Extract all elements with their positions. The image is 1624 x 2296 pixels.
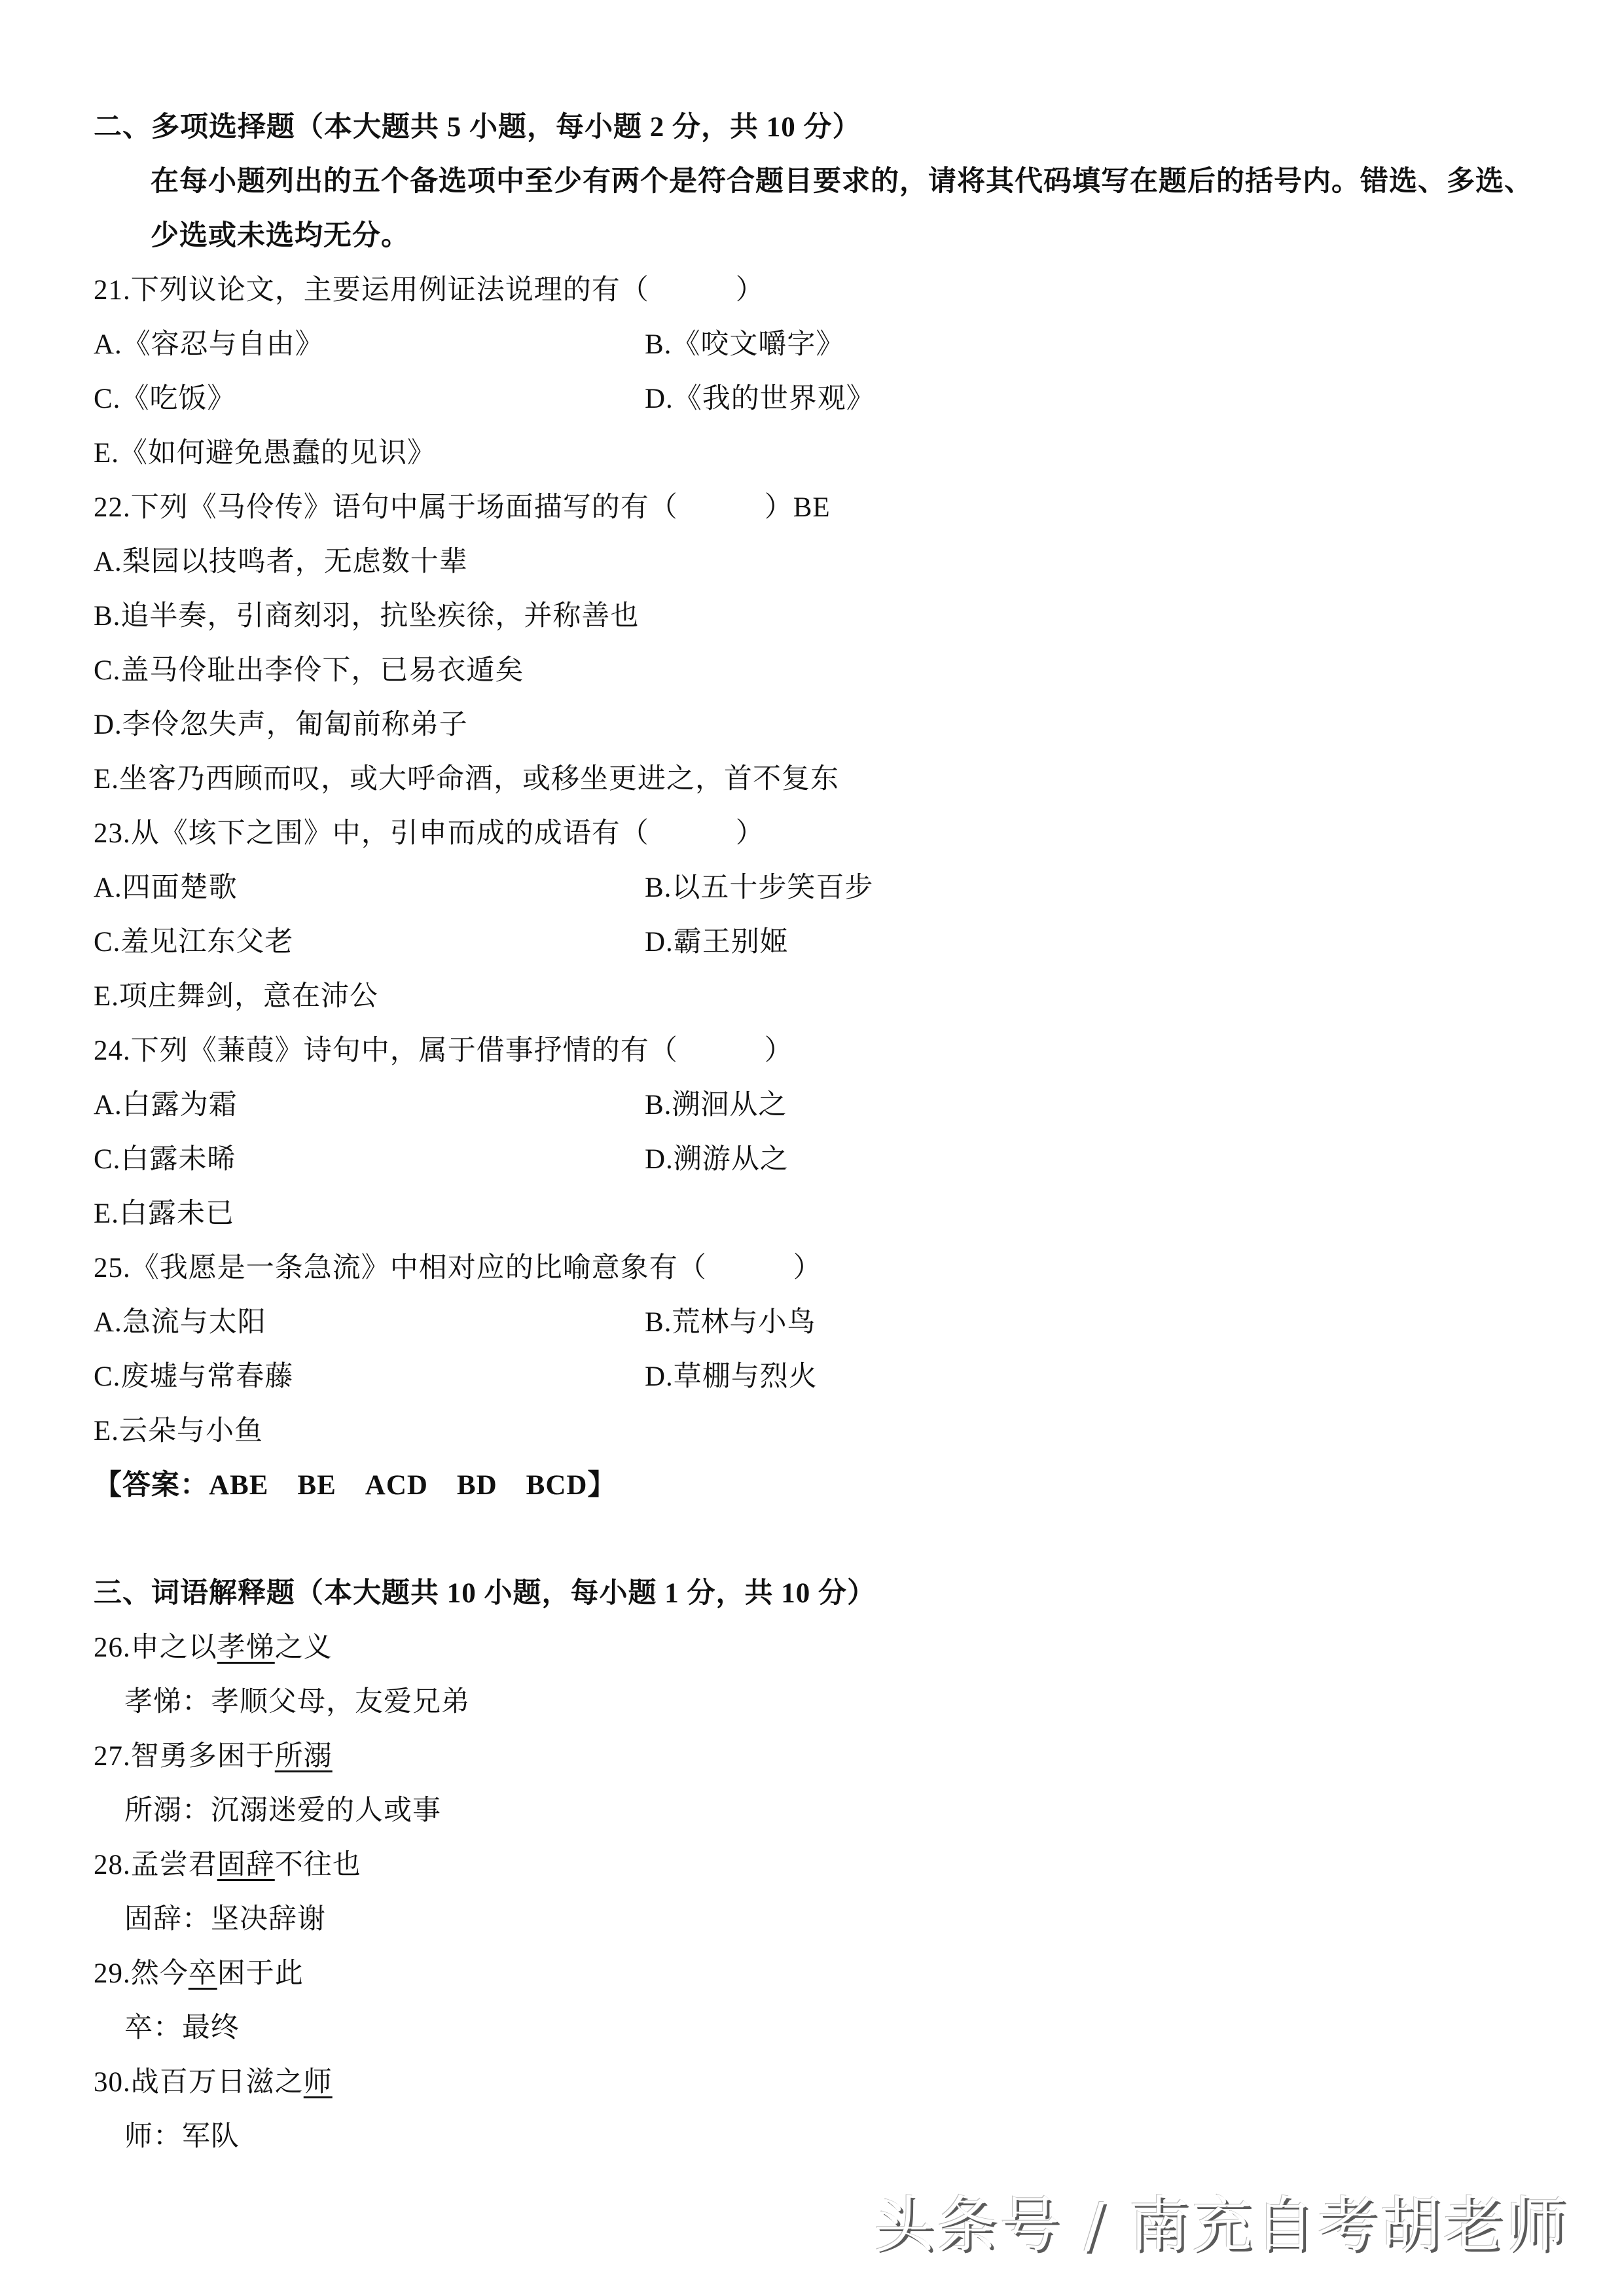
sentence-text: 30.战百万日滋之 bbox=[94, 2067, 304, 2098]
question-23-option-b: B.以五十步笑百步 bbox=[645, 869, 873, 908]
question-22-option-e: E.坐客乃西顾而叹，或大呼命酒，或移坐更进之，首不复东 bbox=[94, 760, 839, 799]
question-21-option-d: D.《我的世界观》 bbox=[645, 380, 875, 419]
section2-title: 二、多项选择题（本大题共 5 小题，每小题 2 分，共 10 分） bbox=[94, 108, 861, 147]
question-24-stem: 24.下列《蒹葭》诗句中，属于借事抒情的有（ ） bbox=[94, 1031, 793, 1071]
question-25-option-a: A.急流与太阳 bbox=[94, 1303, 266, 1342]
sentence-text: 27.智勇多困于 bbox=[94, 1741, 275, 1772]
question-24-option-e: E.白露未已 bbox=[94, 1194, 234, 1234]
vocab-30-sentence: 30.战百万日滋之师 bbox=[94, 2063, 333, 2102]
vocab-28-definition: 固辞：坚决辞谢 bbox=[124, 1900, 326, 1939]
question-25-option-e: E.云朵与小鱼 bbox=[94, 1412, 263, 1451]
question-21-option-a: A.《容忍与自由》 bbox=[94, 325, 324, 365]
sentence-text: 不往也 bbox=[275, 1850, 361, 1880]
sentence-text: 28.孟尝君 bbox=[94, 1850, 217, 1880]
sentence-text: 29.然今 bbox=[94, 1958, 189, 1989]
vocab-27-sentence: 27.智勇多困于所溺 bbox=[94, 1737, 333, 1776]
question-25-stem: 25.《我愿是一条急流》中相对应的比喻意象有（ ） bbox=[94, 1249, 822, 1288]
question-24-option-d: D.溯游从之 bbox=[645, 1140, 789, 1179]
sentence-text: 困于此 bbox=[217, 1958, 304, 1989]
vocab-27-definition: 所溺：沉溺迷爱的人或事 bbox=[124, 1791, 441, 1831]
exam-page: 二、多项选择题（本大题共 5 小题，每小题 2 分，共 10 分） 在每小题列出… bbox=[0, 0, 1624, 2296]
question-22-stem: 22.下列《马伶传》语句中属于场面描写的有（ ）BE bbox=[94, 488, 831, 528]
question-22-option-d: D.李伶忽失声，匍匐前称弟子 bbox=[94, 706, 468, 745]
question-25-option-c: C.废墟与常春藤 bbox=[94, 1357, 293, 1397]
question-22-option-a: A.梨园以技鸣者，无虑数十辈 bbox=[94, 543, 468, 582]
underlined-term: 卒 bbox=[189, 1958, 217, 1989]
vocab-30-definition: 师：军队 bbox=[124, 2117, 240, 2157]
section2-instruction-line1: 在每小题列出的五个备选项中至少有两个是符合题目要求的，请将其代码填写在题后的括号… bbox=[151, 162, 1533, 202]
section3-title: 三、词语解释题（本大题共 10 小题，每小题 1 分，共 10 分） bbox=[94, 1574, 876, 1613]
question-25-option-d: D.草棚与烈火 bbox=[645, 1357, 818, 1397]
vocab-28-sentence: 28.孟尝君固辞不往也 bbox=[94, 1846, 361, 1885]
watermark: 头条号 / 南充自考胡老师 bbox=[874, 2189, 1569, 2261]
section2-instruction-line2: 少选或未选均无分。 bbox=[151, 217, 410, 256]
underlined-term: 师 bbox=[304, 2067, 333, 2098]
question-25-option-b: B.荒林与小鸟 bbox=[645, 1303, 816, 1342]
underlined-term: 孝悌 bbox=[217, 1632, 275, 1663]
question-24-option-a: A.白露为霜 bbox=[94, 1086, 238, 1125]
question-21-option-b: B.《咬文嚼字》 bbox=[645, 325, 844, 365]
vocab-26-sentence: 26.申之以孝悌之义 bbox=[94, 1628, 333, 1668]
question-23-option-d: D.霸王别姬 bbox=[645, 923, 789, 962]
underlined-term: 所溺 bbox=[275, 1741, 333, 1772]
question-23-option-a: A.四面楚歌 bbox=[94, 869, 238, 908]
question-21-stem: 21.下列议论文，主要运用例证法说理的有（ ） bbox=[94, 271, 765, 310]
question-24-option-c: C.白露未晞 bbox=[94, 1140, 236, 1179]
question-23-option-e: E.项庄舞剑，意在沛公 bbox=[94, 977, 378, 1016]
question-23-stem: 23.从《垓下之围》中，引申而成的成语有（ ） bbox=[94, 814, 765, 853]
sentence-text: 26.申之以 bbox=[94, 1632, 217, 1663]
underlined-term: 固辞 bbox=[217, 1850, 275, 1880]
vocab-29-definition: 卒：最终 bbox=[124, 2009, 240, 2048]
question-24-option-b: B.溯洄从之 bbox=[645, 1086, 787, 1125]
question-21-option-e: E.《如何避免愚蠢的见识》 bbox=[94, 434, 436, 473]
question-22-option-c: C.盖马伶耻出李伶下，已易衣遁矣 bbox=[94, 651, 524, 691]
question-21-option-c: C.《吃饭》 bbox=[94, 380, 236, 419]
sentence-text: 之义 bbox=[275, 1632, 333, 1663]
vocab-29-sentence: 29.然今卒困于此 bbox=[94, 1954, 304, 1994]
section2-answer-key: 【答案：ABE BE ACD BD BCD】 bbox=[94, 1466, 616, 1505]
vocab-26-definition: 孝悌：孝顺父母，友爱兄弟 bbox=[124, 1683, 470, 1722]
question-22-option-b: B.追半奏，引商刻羽，抗坠疾徐，并称善也 bbox=[94, 597, 639, 636]
question-23-option-c: C.羞见江东父老 bbox=[94, 923, 293, 962]
